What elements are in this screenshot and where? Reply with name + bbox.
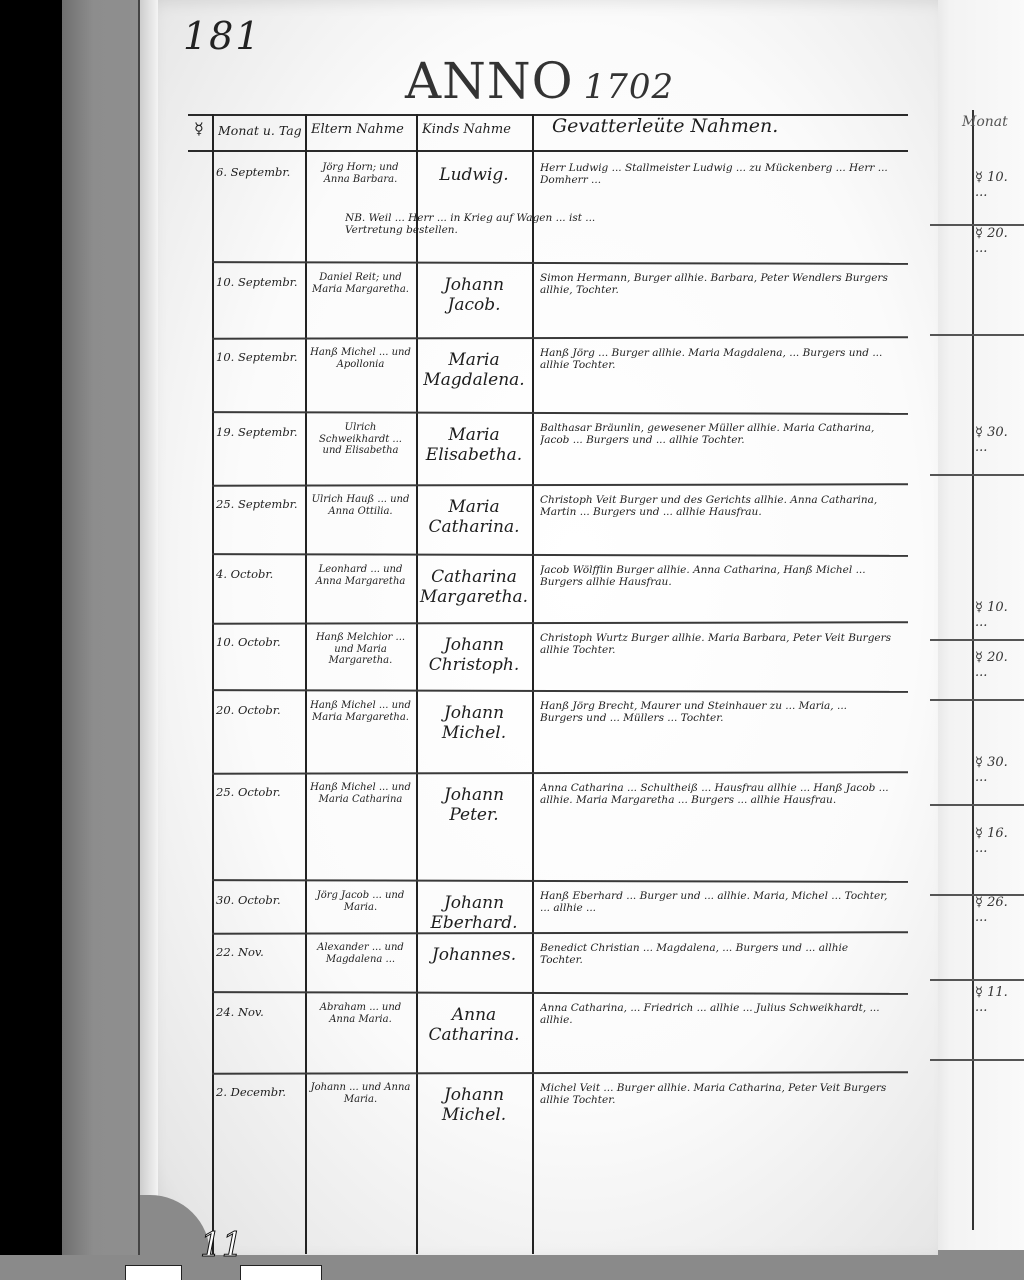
entry-sponsors: Benedict Christian ... Magdalena, ... Bu…: [540, 942, 892, 966]
header-sponsors: Gevatterleüte Nahmen.: [552, 116, 778, 138]
entry-parents: Abraham ... und Anna Maria.: [308, 1002, 413, 1025]
facing-page-rule: [972, 110, 974, 1230]
entry-parents: Daniel Reit; und Maria Margaretha.: [308, 272, 413, 295]
column-rule: [532, 114, 534, 1254]
page-number: 181: [183, 14, 262, 58]
header-bottom-rule: [188, 150, 908, 152]
entry-date: 30. Octobr.: [216, 894, 303, 907]
entry-date: 19. Septembr.: [216, 426, 303, 439]
entry-child-name: Johann Eberhard.: [419, 894, 529, 933]
entry-parents: Jörg Horn; und Anna Barbara.: [308, 162, 413, 185]
entry-sponsors: Christoph Wurtz Burger allhie. Maria Bar…: [540, 632, 892, 656]
facing-row-rule: [930, 979, 1024, 981]
entry-date: 25. Octobr.: [216, 786, 303, 799]
column-rule: [305, 114, 307, 1254]
entry-child-name: Catharina Margaretha.: [419, 568, 529, 607]
facing-row-rule: [930, 639, 1024, 641]
entry-child-name: Maria Magdalena.: [419, 351, 529, 390]
entry-sponsors: Simon Hermann, Burger allhie. Barbara, P…: [540, 272, 892, 296]
anno-label: ANNO: [405, 52, 574, 110]
facing-row-rule: [930, 474, 1024, 476]
entry-date: 10. Septembr.: [216, 351, 303, 364]
entry-date: 10. Septembr.: [216, 276, 303, 289]
facing-entry-date: ☿ 20. ...: [975, 650, 1024, 680]
header-date: Monat u. Tag: [218, 124, 302, 138]
entry-date: 25. Septembr.: [216, 498, 303, 511]
facing-entry-date: ☿ 10. ...: [975, 170, 1024, 200]
facing-entry-date: ☿ 30. ...: [975, 755, 1024, 785]
facing-row-rule: [930, 699, 1024, 701]
entry-child-name: Johann Christoph.: [419, 636, 529, 675]
header-symbol: ☿: [194, 120, 204, 138]
page-title: ANNO1702: [405, 52, 674, 110]
facing-row-rule: [930, 1059, 1024, 1061]
entry-child-name: Maria Catharina.: [419, 498, 529, 537]
entry-parents: Leonhard ... und Anna Margaretha: [308, 564, 413, 587]
entry-date: 2. Decembr.: [216, 1086, 303, 1099]
entry-child-name: Ludwig.: [419, 166, 529, 186]
entry-sponsors: Balthasar Bräunlin, gewesener Müller all…: [540, 422, 892, 446]
facing-page-header: Monat: [962, 114, 1008, 130]
facing-entry-date: ☿ 11. ...: [975, 985, 1024, 1015]
entry-parents: Hanß Michel ... und Maria Catharina: [308, 782, 413, 805]
entry-parents: Ulrich Hauß ... und Anna Ottilia.: [308, 494, 413, 517]
entry-date: 24. Nov.: [216, 1006, 303, 1019]
entry-child-name: Johann Jacob.: [419, 276, 529, 315]
entry-parents: Jörg Jacob ... und Maria.: [308, 890, 413, 913]
film-label: [125, 1265, 182, 1280]
column-rule: [212, 114, 214, 1254]
facing-row-rule: [930, 804, 1024, 806]
header-child: Kinds Nahme: [422, 123, 511, 138]
entry-child-name: Johann Michel.: [419, 704, 529, 743]
entry-sponsors: Christoph Veit Burger und des Gerichts a…: [540, 494, 892, 518]
microfilm-border: [0, 0, 62, 1280]
entry-sponsors: Anna Catharina ... Schultheiß ... Hausfr…: [540, 782, 892, 806]
entry-sponsors: Hanß Jörg ... Burger allhie. Maria Magda…: [540, 347, 892, 371]
entry-note: NB. Weil ... Herr ... in Krieg auf Wagen…: [345, 212, 645, 236]
entry-parents: Johann ... und Anna Maria.: [308, 1082, 413, 1105]
entry-sponsors: Hanß Eberhard ... Burger und ... allhie.…: [540, 890, 892, 914]
header-parents: Eltern Nahme: [311, 123, 404, 138]
year-label: 1702: [584, 67, 675, 107]
entry-date: 10. Octobr.: [216, 636, 303, 649]
microfilm-margin: [62, 0, 140, 1280]
entry-parents: Hanß Michel ... und Maria Margaretha.: [308, 700, 413, 723]
entry-sponsors: Herr Ludwig ... Stallmeister Ludwig ... …: [540, 162, 892, 186]
entry-child-name: Johannes.: [419, 946, 529, 966]
entry-sponsors: Michel Veit ... Burger allhie. Maria Cat…: [540, 1082, 892, 1106]
entry-child-name: Johann Michel.: [419, 1086, 529, 1125]
entry-date: 20. Octobr.: [216, 704, 303, 717]
facing-entry-date: ☿ 20. ...: [975, 226, 1024, 256]
entry-child-name: Johann Peter.: [419, 786, 529, 825]
facing-entry-date: ☿ 26. ...: [975, 895, 1024, 925]
facing-entry-date: ☿ 30. ...: [975, 425, 1024, 455]
entry-sponsors: Anna Catharina, ... Friedrich ... allhie…: [540, 1002, 892, 1026]
entry-date: 22. Nov.: [216, 946, 303, 959]
page-edge: [138, 0, 158, 1262]
entry-sponsors: Hanß Jörg Brecht, Maurer und Steinhauer …: [540, 700, 892, 724]
column-rule: [416, 114, 418, 1254]
folio-mark: 11: [200, 1225, 243, 1265]
film-label: [240, 1265, 322, 1280]
entry-parents: Alexander ... und Magdalena ...: [308, 942, 413, 965]
entry-date: 6. Septembr.: [216, 166, 303, 179]
entry-sponsors: Jacob Wölfflin Burger allhie. Anna Catha…: [540, 564, 892, 588]
entry-child-name: Maria Elisabetha.: [419, 426, 529, 465]
facing-row-rule: [930, 334, 1024, 336]
entry-parents: Hanß Melchior ... und Maria Margaretha.: [308, 632, 413, 667]
entry-child-name: Anna Catharina.: [419, 1006, 529, 1045]
header-top-rule: [188, 114, 908, 116]
entry-date: 4. Octobr.: [216, 568, 303, 581]
facing-entry-date: ☿ 10. ...: [975, 600, 1024, 630]
facing-entry-date: ☿ 16. ...: [975, 826, 1024, 856]
entry-parents: Hanß Michel ... und Apollonia: [308, 347, 413, 370]
entry-parents: Ulrich Schweikhardt ... und Elisabetha: [308, 422, 413, 457]
